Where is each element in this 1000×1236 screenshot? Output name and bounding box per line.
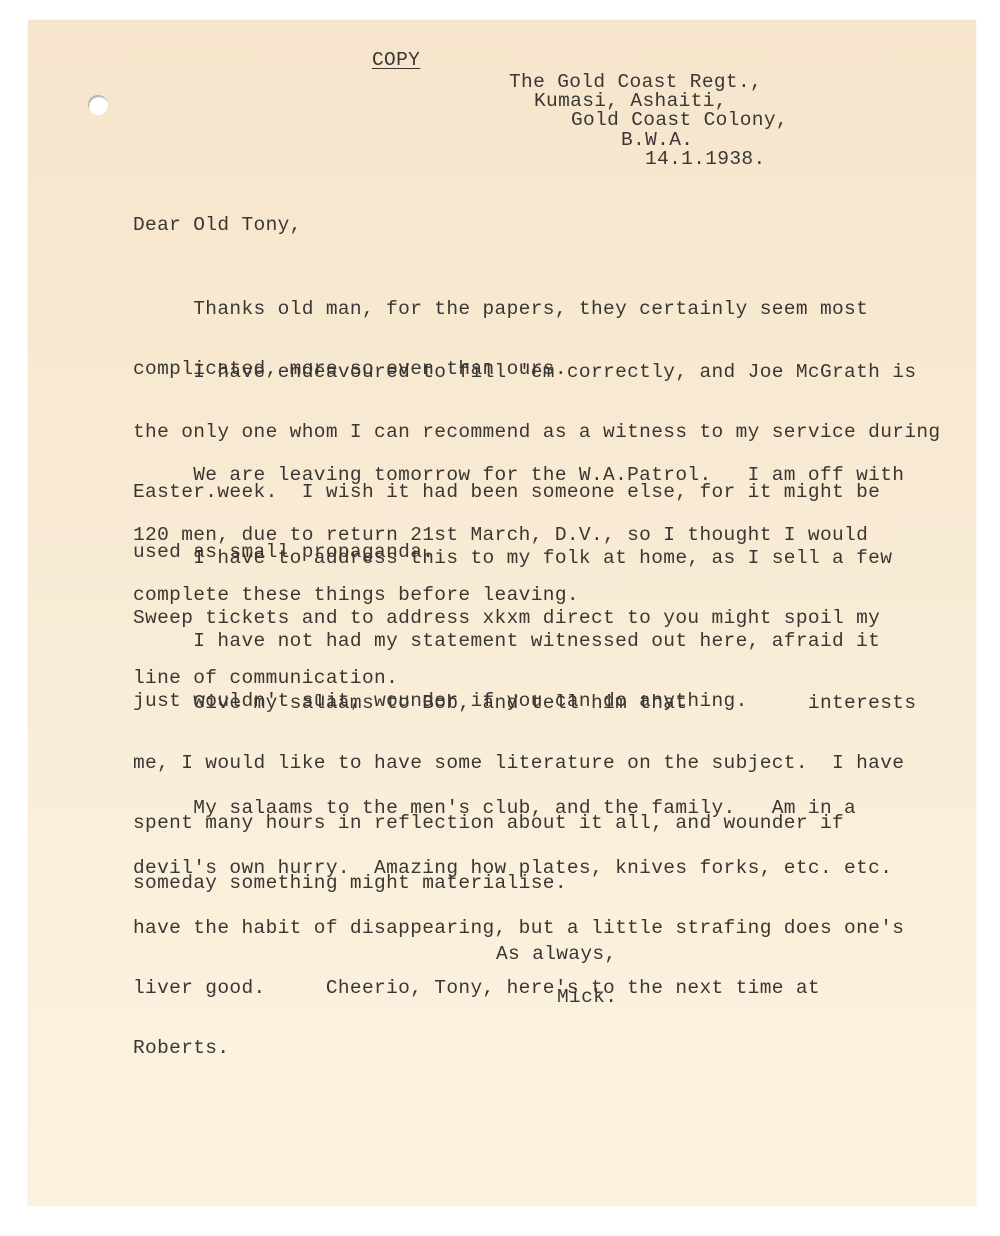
address-line-3: Gold Coast Colony, — [571, 110, 788, 130]
copy-label: COPY — [372, 50, 420, 70]
paragraph-line: Roberts. — [133, 1038, 983, 1058]
paragraph-line: We are leaving tomorrow for the W.A.Patr… — [133, 465, 983, 485]
address-line-2: Kumasi, Ashaiti, — [534, 91, 727, 111]
punch-hole — [88, 95, 108, 115]
paragraph-line: Give my salaams to Bob, and tell him tha… — [133, 693, 983, 713]
address-line-4: B.W.A. — [621, 130, 693, 150]
paragraph-line: I have endeavoured to fill 'em correctly… — [133, 362, 983, 382]
paragraph-line: Thanks old man, for the papers, they cer… — [133, 299, 983, 319]
closing: As always, — [496, 943, 617, 965]
paragraph-7: My salaams to the men's club, and the fa… — [133, 758, 983, 1078]
salutation: Dear Old Tony, — [133, 215, 302, 235]
letter-date: 14.1.1938. — [645, 149, 766, 169]
paragraph-line: devil's own hurry. Amazing how plates, k… — [133, 858, 983, 878]
address-line-1: The Gold Coast Regt., — [509, 72, 762, 92]
paragraph-line: My salaams to the men's club, and the fa… — [133, 798, 983, 818]
paragraph-line: I have not had my statement witnessed ou… — [133, 631, 983, 651]
signature: Mick. — [557, 986, 617, 1008]
paragraph-line: have the habit of disappearing, but a li… — [133, 918, 983, 938]
paragraph-line: I have to address this to my folk at hom… — [133, 548, 983, 568]
